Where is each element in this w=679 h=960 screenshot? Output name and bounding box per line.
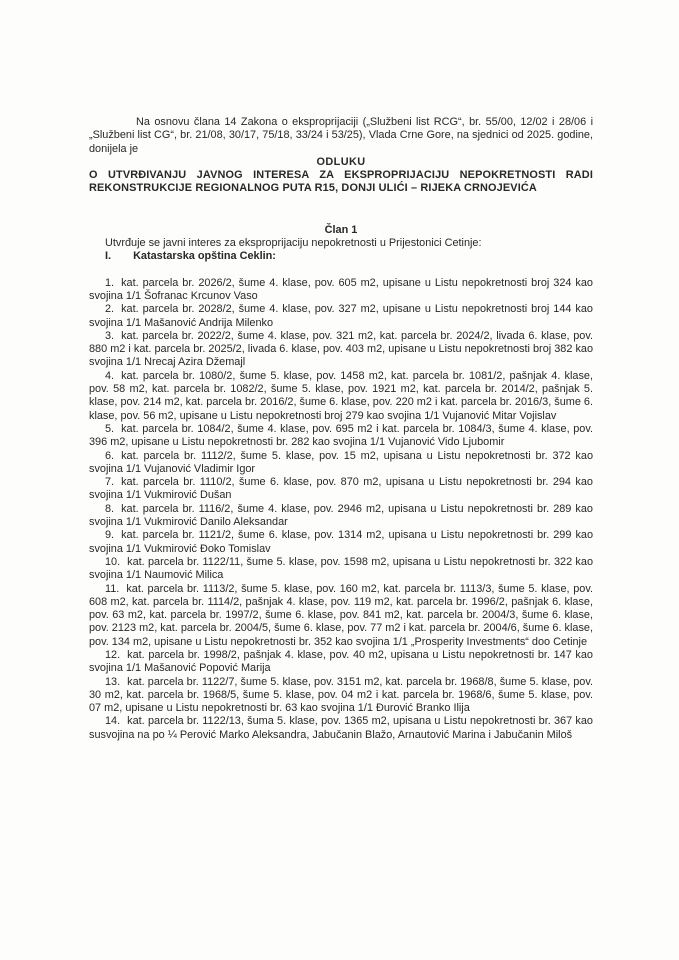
parcel-item-number: 14. (105, 715, 120, 727)
parcel-item-text: kat. parcela br. 2022/2, šume 4. klase, … (89, 330, 593, 369)
parcel-item-number: 12. (105, 649, 120, 661)
parcel-item-number: 7. (105, 476, 114, 488)
parcel-item-number: 11. (105, 583, 119, 595)
parcel-item: 11.kat. parcela br. 1113/2, šume 5. klas… (89, 583, 593, 649)
parcel-item-text: kat. parcela br. 1122/11, šume 5. klase,… (89, 556, 593, 581)
section-roman-numeral: I. (105, 250, 111, 262)
document-page: Na osnovu člana 14 Zakona o eksproprijac… (0, 0, 679, 960)
parcel-item: 1.kat. parcela br. 2026/2, šume 4. klase… (89, 277, 593, 304)
parcel-item-number: 2. (105, 303, 114, 315)
decision-subtitle: O UTVRĐIVANJU JAVNOG INTERESA ZA EKSPROP… (89, 169, 593, 196)
parcel-item-number: 3. (105, 330, 114, 342)
parcel-item-number: 5. (105, 423, 114, 435)
parcel-item-number: 10. (105, 556, 120, 568)
parcel-item: 3.kat. parcela br. 2022/2, šume 4. klase… (89, 330, 593, 370)
parcel-item: 8.kat. parcela br. 1116/2, šume 4. klase… (89, 503, 593, 530)
parcel-item-text: kat. parcela br. 2026/2, šume 4. klase, … (89, 277, 593, 302)
article-heading: Član 1 (89, 224, 593, 237)
parcel-item-number: 8. (105, 503, 114, 515)
decision-title: ODLUKU (89, 156, 593, 169)
parcel-item-number: 9. (105, 529, 114, 541)
parcel-item: 13.kat. parcela br. 1122/7, šume 5. klas… (89, 676, 593, 716)
parcel-item: 7.kat. parcela br. 1110/2, šume 6. klase… (89, 476, 593, 503)
parcel-item-text: kat. parcela br. 1113/2, šume 5. klase, … (89, 583, 593, 648)
parcel-item-text: kat. parcela br. 1998/2, pašnjak 4. klas… (89, 649, 593, 674)
parcel-item-number: 4. (105, 370, 114, 382)
parcel-item: 14.kat. parcela br. 1122/13, šuma 5. kla… (89, 715, 593, 742)
parcel-item: 5.kat. parcela br. 1084/2, šume 4. klase… (89, 423, 593, 450)
parcel-item-text: kat. parcela br. 1110/2, šume 6. klase, … (89, 476, 593, 501)
spacer (89, 264, 593, 277)
parcel-item-text: kat. parcela br. 2028/2, šume 4. klase, … (89, 303, 593, 328)
parcel-item-number: 6. (105, 450, 114, 462)
section-heading: I.Katastarska opština Ceklin: (89, 250, 593, 263)
spacer (89, 196, 593, 224)
parcel-item-text: kat. parcela br. 1121/2, šume 6. klase, … (89, 529, 593, 554)
document-content: Na osnovu člana 14 Zakona o eksproprijac… (89, 116, 593, 742)
article-intro: Utvrđuje se javni interes za eksproprija… (89, 237, 593, 250)
parcel-item-text: kat. parcela br. 1112/2, šume 5. klase, … (89, 450, 593, 475)
section-title: Katastarska opština Ceklin: (133, 250, 276, 262)
parcel-item: 12.kat. parcela br. 1998/2, pašnjak 4. k… (89, 649, 593, 676)
parcel-item-number: 1. (105, 277, 114, 289)
parcel-item-text: kat. parcela br. 1084/2, šume 4. klase, … (89, 423, 593, 448)
parcel-list: 1.kat. parcela br. 2026/2, šume 4. klase… (89, 277, 593, 742)
parcel-item-text: kat. parcela br. 1122/13, šuma 5. klase,… (89, 715, 593, 740)
parcel-item: 2.kat. parcela br. 2028/2, šume 4. klase… (89, 303, 593, 330)
parcel-item: 10.kat. parcela br. 1122/11, šume 5. kla… (89, 556, 593, 583)
parcel-item: 6.kat. parcela br. 1112/2, šume 5. klase… (89, 450, 593, 477)
preamble: Na osnovu člana 14 Zakona o eksproprijac… (89, 116, 593, 156)
parcel-item-text: kat. parcela br. 1116/2, šume 4. klase, … (89, 503, 593, 528)
parcel-item: 4.kat. parcela br. 1080/2, šume 5. klase… (89, 370, 593, 423)
parcel-item-text: kat. parcela br. 1122/7, šume 5. klase, … (89, 676, 593, 715)
parcel-item-text: kat. parcela br. 1080/2, šume 5. klase, … (89, 370, 593, 422)
parcel-item: 9.kat. parcela br. 1121/2, šume 6. klase… (89, 529, 593, 556)
parcel-item-number: 13. (105, 676, 120, 688)
